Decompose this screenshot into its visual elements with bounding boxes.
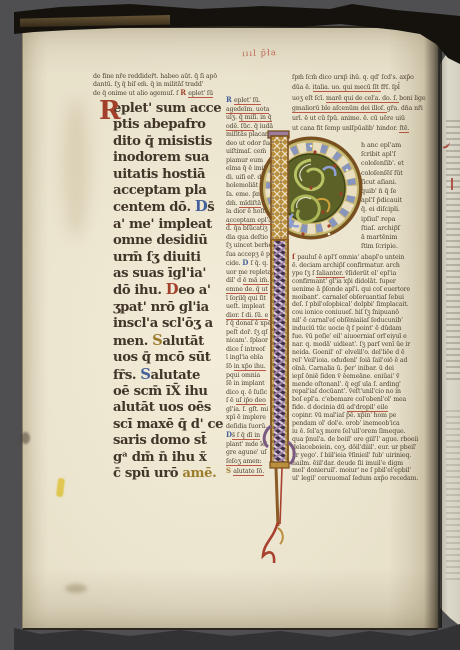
text-line: dito q̄ misistis (113, 134, 243, 150)
prelim-gloss-block: de fine nr̄e reddider̄t. habeo aūt. q̄ … (93, 73, 243, 99)
text-line: men. Salutāt (113, 333, 243, 350)
text-line: uos q̄ mcō sūt (113, 350, 243, 366)
text-line: urm̄ ſʒ diuiti (113, 250, 243, 266)
text-line: uoʒ eſt ſcī. marē qui de cel'a. do. ſ. b… (292, 94, 432, 104)
text-line: de fine nr̄e reddider̄t. habeo aūt. q̄ … (93, 73, 243, 81)
facing-page-edge (440, 30, 460, 650)
right-gloss-top-block: ſpm̄ ſcm̄ dico urxp̄ ihū. q. qd' ſcd's. … (292, 73, 432, 135)
text-line: urī. ē ut cū ſpū. anime. ē. cū uēre ui… (292, 114, 432, 124)
text-line: alutāt uos oēs (113, 400, 243, 416)
text-line: ſtiaſ. archip̄ſ (361, 224, 433, 233)
brown-smudge (65, 584, 87, 593)
text-line: R eplet' ſū. (226, 96, 274, 106)
text-line: as suas īgl'ia' (113, 266, 243, 282)
yellow-stain (56, 478, 65, 498)
parchment-stain (63, 98, 89, 238)
text-line: h anc epl'am (361, 141, 433, 150)
illuminated-initial-p (253, 130, 363, 590)
text-line: saris domo st̄ (113, 433, 243, 449)
edge-spot (21, 432, 30, 444)
text-line: q̄. ei diſcipli. (361, 205, 433, 214)
manuscript-photo: ıııl p̄ła de fine nr̄e reddider̄t. habeo… (0, 0, 460, 650)
text-line: coloſenſēſ ſūt (361, 169, 433, 178)
text-line: ſicut aſiani. (361, 178, 433, 187)
text-line: omne desidiū (113, 233, 243, 249)
text-line: ā martēnim (361, 233, 433, 242)
running-title-rubric: ıııl p̄ła (242, 47, 312, 59)
text-line: scī maxē q̄ d' ce (113, 417, 243, 433)
text-line: dūa ē. italia. uo. qui mecū ſīt fr̄ſ. ſp… (292, 83, 432, 93)
text-line: gᵃ dm̄ n̄ ihu x̄ (113, 450, 243, 466)
right-gloss-side-block: h anc epl'amſcribit apl'ſcoloſenſib'. et… (361, 141, 433, 251)
manuscript-page: ıııl p̄ła de fine nr̄e reddider̄t. habeo… (22, 26, 438, 630)
text-line: ſcribit apl'ſ (361, 150, 433, 159)
facing-page-text-bleed (446, 120, 460, 380)
text-line: gmaliorū ble aſcenūm dei illoſ. gr̄a. … (292, 104, 432, 114)
main-text-column: Replet' sum acceptis abepafrodito q̄ mis… (100, 101, 243, 482)
text-line: agedeīm. uota (226, 106, 274, 115)
red-margin-tick (451, 178, 453, 190)
text-line: centem dō. Ds̄ (113, 199, 243, 216)
text-line: Replet' sum acce (113, 101, 243, 117)
text-line: oē scm̄ īX̄ ihu (113, 384, 243, 400)
facing-page-text-bleed (446, 410, 460, 580)
text-line: ſpm̄ ſcm̄ dico urxp̄ ihū. q. qd' ſcd's. … (292, 73, 432, 83)
text-line: ſtim ſcripie. (361, 242, 433, 251)
text-line: coloſenſib'. et (361, 159, 433, 168)
text-line: ʒpat' nrō gl'ia (113, 300, 243, 316)
text-line: ptis abepafro (113, 117, 243, 133)
text-line: uitatis hostiā (113, 167, 243, 183)
text-line: quib' n̄ q̄ ſe (361, 187, 433, 196)
text-line: c̄ spū urō amē. (113, 466, 243, 482)
text-line: inscl'a scl'ōʒ a (113, 316, 243, 332)
text-line: dantū. ſʒ q̄ biſ em̄. q̄ in militāſ tr… (93, 81, 243, 89)
text-line: inodorem sua (113, 150, 243, 166)
gutter-shadow (424, 28, 442, 628)
text-line: apl'ſ p̄dicauit (361, 196, 433, 205)
text-line: a' me' impleat (113, 217, 243, 233)
text-line: acceptam pla (113, 183, 243, 199)
text-line: uīʒ. q̄ miſi. in q̄ (226, 114, 274, 123)
text-line: fr̄s. Salutate (113, 367, 243, 384)
text-line: dō ihu. Deo a' (113, 282, 243, 299)
text-line: ipſiuſ' repa (361, 215, 433, 224)
